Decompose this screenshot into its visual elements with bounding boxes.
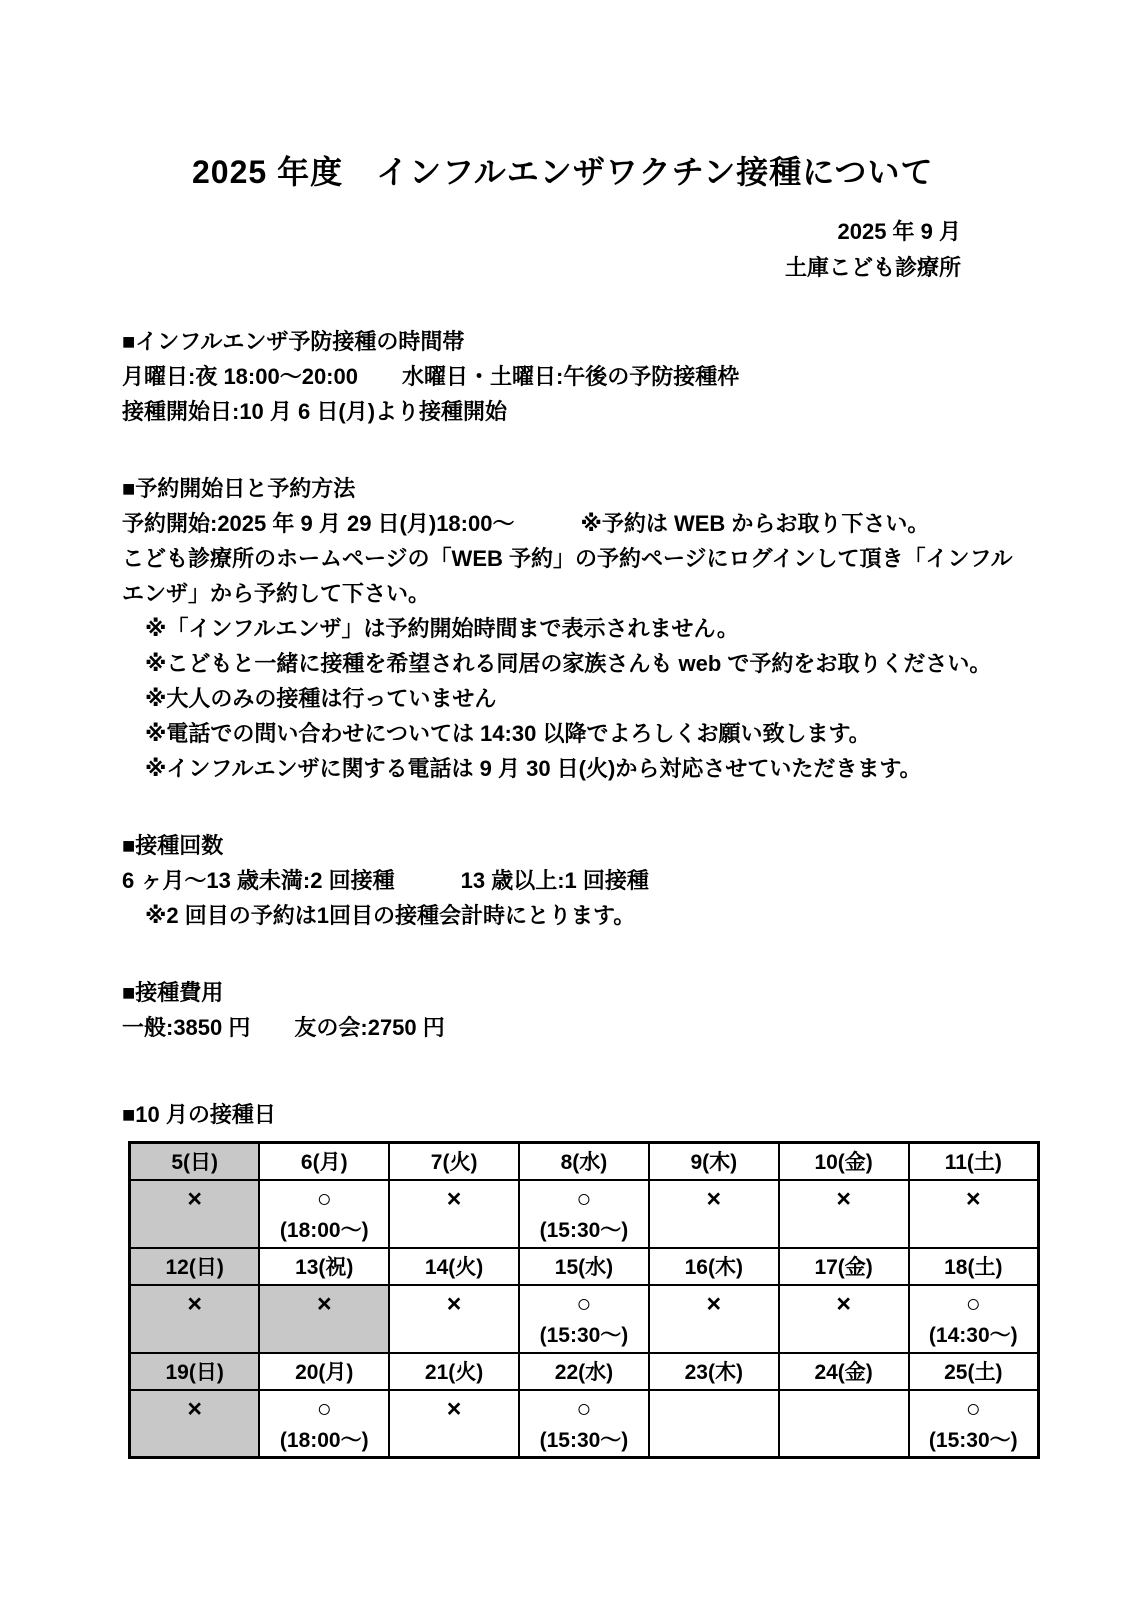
slot-symbol: ○ xyxy=(910,1286,1037,1322)
calendar-day-cell: 10(金) xyxy=(779,1143,909,1180)
text-line: 一般:3850 円 友の会:2750 円 xyxy=(122,1010,1011,1045)
calendar-slot-row: × ○ (18:00～) × ○ (15:30～) xyxy=(130,1390,1039,1458)
calendar-day-cell: 22(水) xyxy=(519,1353,649,1390)
section-october-schedule: ■10 月の接種日 5(日) 6(月) 7(火) 8(水) 9(木) 10(金)… xyxy=(122,1097,1011,1459)
calendar-slot-cell xyxy=(649,1390,779,1458)
slot-symbol: × xyxy=(260,1286,388,1322)
calendar-slot-cell: ○ (15:30～) xyxy=(519,1285,649,1353)
slot-symbol: × xyxy=(390,1286,518,1322)
calendar-day-cell: 13(祝) xyxy=(259,1248,389,1285)
calendar-week-header-row: 5(日) 6(月) 7(火) 8(水) 9(木) 10(金) 11(土) xyxy=(130,1143,1039,1180)
slot-symbol: ○ xyxy=(260,1391,388,1427)
calendar-day-cell: 17(金) xyxy=(779,1248,909,1285)
calendar-slot-cell xyxy=(779,1390,909,1458)
slot-time: (15:30～) xyxy=(910,1427,1037,1455)
slot-symbol: ○ xyxy=(520,1391,648,1427)
calendar-slot-cell: × xyxy=(779,1285,909,1353)
note-line: ※「インフルエンザ」は予約開始時間まで表示されません。 xyxy=(122,611,1011,646)
note-line: ※電話での問い合わせについては 14:30 以降でよろしくお願い致します。 xyxy=(122,716,1011,751)
section-heading: ■接種回数 xyxy=(122,828,1011,863)
slot-symbol: × xyxy=(780,1286,908,1322)
section-dose-count: ■接種回数 6 ヶ月～13 歳未満:2 回接種 13 歳以上:1 回接種 ※2 … xyxy=(122,828,1011,933)
slot-time: (18:00～) xyxy=(260,1427,388,1455)
calendar-week-header-row: 12(日) 13(祝) 14(火) 15(水) 16(木) 17(金) 18(土… xyxy=(130,1248,1039,1285)
calendar-slot-cell: × xyxy=(909,1180,1039,1248)
calendar-day-cell: 8(水) xyxy=(519,1143,649,1180)
slot-symbol xyxy=(650,1391,778,1426)
calendar-slot-cell: ○ (18:00～) xyxy=(259,1180,389,1248)
slot-symbol: ○ xyxy=(910,1391,1037,1427)
slot-symbol: ○ xyxy=(520,1286,648,1322)
section-heading: ■接種費用 xyxy=(122,975,1011,1010)
text-line: 接種開始日:10 月 6 日(月)より接種開始 xyxy=(122,394,1011,429)
section-fee: ■接種費用 一般:3850 円 友の会:2750 円 xyxy=(122,975,1011,1045)
slot-symbol: × xyxy=(131,1181,258,1217)
text-line: 予約開始:2025 年 9 月 29 日(月)18:00～ ※予約は WEB か… xyxy=(122,506,1011,541)
section-heading: ■インフルエンザ予防接種の時間帯 xyxy=(122,324,1011,359)
calendar-slot-cell: × xyxy=(389,1285,519,1353)
note-line: ※こどもと一緒に接種を希望される同居の家族さんも web で予約をお取りください… xyxy=(122,646,1011,681)
slot-symbol: ○ xyxy=(520,1181,648,1217)
note-line: ※2 回目の予約は1回目の接種会計時にとります。 xyxy=(122,898,1011,933)
text-line: 月曜日:夜 18:00～20:00 水曜日・土曜日:午後の予防接種枠 xyxy=(122,359,1011,394)
calendar-slot-cell: ○ (14:30～) xyxy=(909,1285,1039,1353)
clinic-name: 土庫こども診療所 xyxy=(122,250,961,286)
text-line: エンザ」から予約して下さい。 xyxy=(122,576,1011,611)
slot-symbol: ○ xyxy=(260,1181,388,1217)
byline: 2025 年 9 月 土庫こども診療所 xyxy=(122,214,1011,286)
calendar-day-cell: 23(木) xyxy=(649,1353,779,1390)
calendar-slot-cell: × xyxy=(779,1180,909,1248)
calendar-slot-cell: × xyxy=(130,1390,260,1458)
section-heading: ■予約開始日と予約方法 xyxy=(122,471,1011,506)
slot-symbol: × xyxy=(390,1181,518,1217)
calendar-day-cell: 9(木) xyxy=(649,1143,779,1180)
calendar-day-cell: 5(日) xyxy=(130,1143,260,1180)
calendar-slot-cell: × xyxy=(389,1180,519,1248)
slot-symbol: × xyxy=(650,1181,778,1217)
note-line: ※大人のみの接種は行っていません xyxy=(122,681,1011,716)
calendar-day-cell: 16(木) xyxy=(649,1248,779,1285)
calendar-slot-cell: ○ (18:00～) xyxy=(259,1390,389,1458)
october-calendar-table: 5(日) 6(月) 7(火) 8(水) 9(木) 10(金) 11(土) × ○… xyxy=(128,1141,1040,1459)
calendar-slot-row: × ○ (18:00～) × ○ (15:30～) × xyxy=(130,1180,1039,1248)
calendar-day-cell: 7(火) xyxy=(389,1143,519,1180)
calendar-day-cell: 21(火) xyxy=(389,1353,519,1390)
calendar-slot-cell: × xyxy=(649,1180,779,1248)
document-page: 2025 年度 インフルエンザワクチン接種について 2025 年 9 月 土庫こ… xyxy=(0,0,1131,1459)
section-heading: ■10 月の接種日 xyxy=(122,1097,1011,1132)
slot-symbol: × xyxy=(390,1391,518,1427)
note-line: ※インフルエンザに関する電話は 9 月 30 日(火)から対応させていただきます… xyxy=(122,751,1011,786)
slot-time: (15:30～) xyxy=(520,1217,648,1245)
section-reservation: ■予約開始日と予約方法 予約開始:2025 年 9 月 29 日(月)18:00… xyxy=(122,471,1011,786)
calendar-day-cell: 24(金) xyxy=(779,1353,909,1390)
slot-time: (18:00～) xyxy=(260,1217,388,1245)
section-vaccination-hours: ■インフルエンザ予防接種の時間帯 月曜日:夜 18:00～20:00 水曜日・土… xyxy=(122,324,1011,429)
calendar-day-cell: 6(月) xyxy=(259,1143,389,1180)
slot-symbol: × xyxy=(780,1181,908,1217)
slot-symbol: × xyxy=(910,1181,1037,1217)
calendar-slot-cell: × xyxy=(259,1285,389,1353)
calendar-slot-cell: ○ (15:30～) xyxy=(519,1180,649,1248)
slot-symbol: × xyxy=(131,1391,258,1427)
calendar-week-header-row: 19(日) 20(月) 21(火) 22(水) 23(木) 24(金) 25(土… xyxy=(130,1353,1039,1390)
calendar-day-cell: 11(土) xyxy=(909,1143,1039,1180)
calendar-slot-cell: ○ (15:30～) xyxy=(519,1390,649,1458)
calendar-day-cell: 19(日) xyxy=(130,1353,260,1390)
slot-time: (14:30～) xyxy=(910,1322,1037,1350)
calendar-slot-cell: × xyxy=(649,1285,779,1353)
calendar-slot-cell: ○ (15:30～) xyxy=(909,1390,1039,1458)
slot-time: (15:30～) xyxy=(520,1322,648,1350)
page-title: 2025 年度 インフルエンザワクチン接種について xyxy=(192,150,1011,194)
calendar-slot-cell: × xyxy=(130,1285,260,1353)
text-line: 6 ヶ月～13 歳未満:2 回接種 13 歳以上:1 回接種 xyxy=(122,863,1011,898)
slot-symbol: × xyxy=(131,1286,258,1322)
calendar-day-cell: 15(水) xyxy=(519,1248,649,1285)
slot-symbol xyxy=(780,1391,908,1426)
calendar-slot-cell: × xyxy=(389,1390,519,1458)
slot-symbol: × xyxy=(650,1286,778,1322)
text-line: こども診療所のホームページの「WEB 予約」の予約ページにログインして頂き「イン… xyxy=(122,541,1011,576)
issue-date: 2025 年 9 月 xyxy=(122,214,961,250)
slot-time: (15:30～) xyxy=(520,1427,648,1455)
calendar-day-cell: 14(火) xyxy=(389,1248,519,1285)
calendar-day-cell: 18(土) xyxy=(909,1248,1039,1285)
calendar-slot-cell: × xyxy=(130,1180,260,1248)
calendar-day-cell: 20(月) xyxy=(259,1353,389,1390)
calendar-day-cell: 12(日) xyxy=(130,1248,260,1285)
calendar-day-cell: 25(土) xyxy=(909,1353,1039,1390)
calendar-slot-row: × × × ○ (15:30～) × xyxy=(130,1285,1039,1353)
